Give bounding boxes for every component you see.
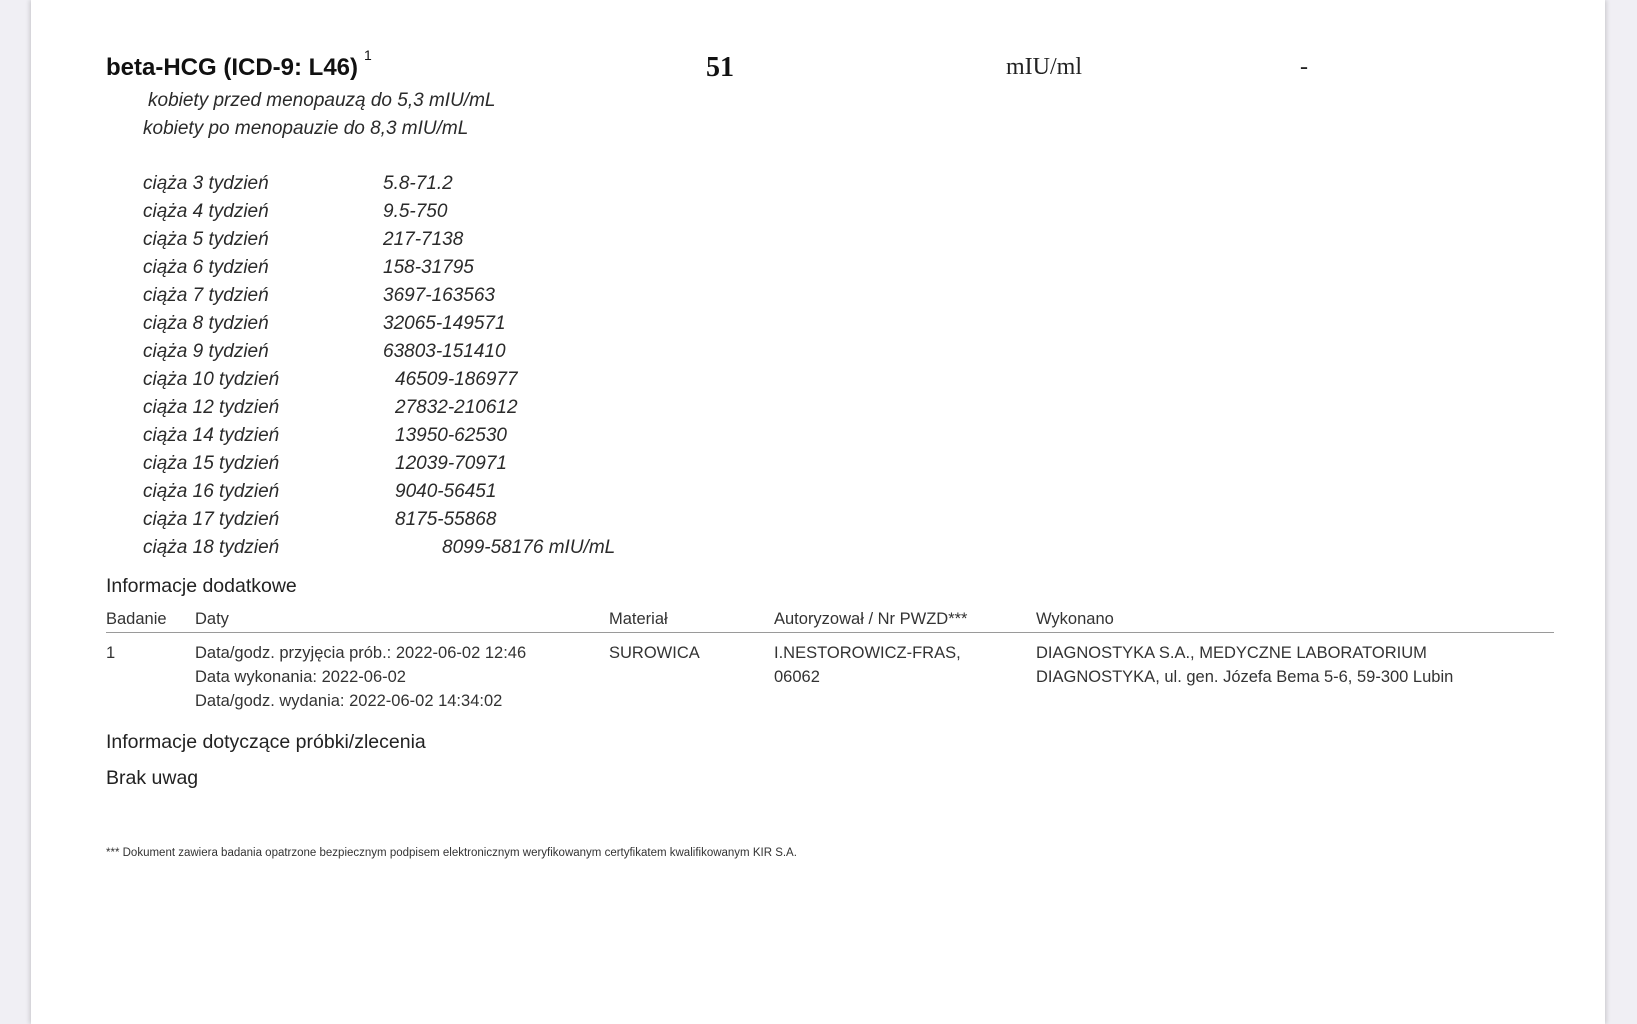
test-result-value: 51 [706, 52, 734, 84]
pregnancy-week-range: 8175-55868 [395, 509, 496, 531]
pregnancy-week-label: ciąża 6 tydzień [143, 257, 269, 279]
pregnancy-week-label: ciąża 12 tydzień [143, 397, 279, 419]
pregnancy-week-label: ciąża 17 tydzień [143, 509, 279, 531]
reference-postmenopausal: kobiety po menopauzie do 8,3 mIU/mL [143, 118, 468, 140]
cell-date-performed: Data wykonania: 2022-06-02 [195, 668, 406, 687]
pregnancy-week-label: ciąża 14 tydzień [143, 425, 279, 447]
pregnancy-week-label: ciąża 15 tydzień [143, 453, 279, 475]
sample-info-heading: Informacje dotyczące próbki/zlecenia [106, 731, 426, 754]
cell-authorized-pwzd: 06062 [774, 668, 820, 687]
sample-info-text: Brak uwag [106, 767, 198, 790]
pregnancy-week-label: ciąża 5 tydzień [143, 229, 269, 251]
pregnancy-week-range: 5.8-71.2 [383, 173, 453, 195]
test-result-unit: mIU/ml [1006, 54, 1082, 81]
column-header-daty: Daty [195, 610, 229, 629]
pregnancy-week-range: 158-31795 [383, 257, 474, 279]
pregnancy-week-range: 12039-70971 [395, 453, 507, 475]
pregnancy-week-range: 3697-163563 [383, 285, 495, 307]
pregnancy-week-range: 63803-151410 [383, 341, 506, 363]
footnote-marker: 1 [364, 47, 372, 63]
column-header-badanie: Badanie [106, 610, 167, 629]
pregnancy-week-label: ciąża 4 tydzień [143, 201, 269, 223]
pregnancy-week-label: ciąża 9 tydzień [143, 341, 269, 363]
additional-info-heading: Informacje dodatkowe [106, 575, 297, 598]
pregnancy-week-label: ciąża 10 tydzień [143, 369, 279, 391]
pregnancy-week-label: ciąża 8 tydzień [143, 313, 269, 335]
pregnancy-week-label: ciąża 16 tydzień [143, 481, 279, 503]
pregnancy-week-label: ciąża 7 tydzień [143, 285, 269, 307]
cell-lab-name: DIAGNOSTYKA S.A., MEDYCZNE LABORATORIUM [1036, 644, 1427, 663]
pregnancy-week-range: 13950-62530 [395, 425, 507, 447]
pregnancy-week-label: ciąża 18 tydzień [143, 537, 279, 559]
test-result-flag: - [1300, 54, 1308, 81]
column-header-wykonano: Wykonano [1036, 610, 1114, 629]
document-page: beta-HCG (ICD-9: L46)1 51 mIU/ml - kobie… [31, 0, 1605, 1024]
cell-date-issued: Data/godz. wydania: 2022-06-02 14:34:02 [195, 692, 502, 711]
table-header-divider [106, 632, 1554, 633]
column-header-autoryzowal: Autoryzował / Nr PWZD*** [774, 610, 967, 629]
pregnancy-week-range: 32065-149571 [383, 313, 506, 335]
pregnancy-week-range: 46509-186977 [395, 369, 518, 391]
column-header-material: Materiał [609, 610, 668, 629]
cell-date-received: Data/godz. przyjęcia prób.: 2022-06-02 1… [195, 644, 526, 663]
cell-lab-address: DIAGNOSTYKA, ul. gen. Józefa Bema 5-6, 5… [1036, 668, 1453, 687]
cell-badanie: 1 [106, 644, 115, 663]
test-name: beta-HCG (ICD-9: L46)1 [106, 53, 372, 82]
pregnancy-week-range: 9.5-750 [383, 201, 447, 223]
cell-authorized-name: I.NESTOROWICZ-FRAS, [774, 644, 961, 663]
cell-material: SUROWICA [609, 644, 700, 663]
pregnancy-week-range: 27832-210612 [395, 397, 518, 419]
pregnancy-week-range: 9040-56451 [395, 481, 496, 503]
reference-premenopausal: kobiety przed menopauzą do 5,3 mIU/mL [148, 90, 495, 112]
footer-note: *** Dokument zawiera badania opatrzone b… [106, 847, 797, 859]
pregnancy-week-range: 8099-58176 mIU/mL [442, 537, 615, 559]
pregnancy-week-label: ciąża 3 tydzień [143, 173, 269, 195]
pregnancy-week-range: 217-7138 [383, 229, 463, 251]
